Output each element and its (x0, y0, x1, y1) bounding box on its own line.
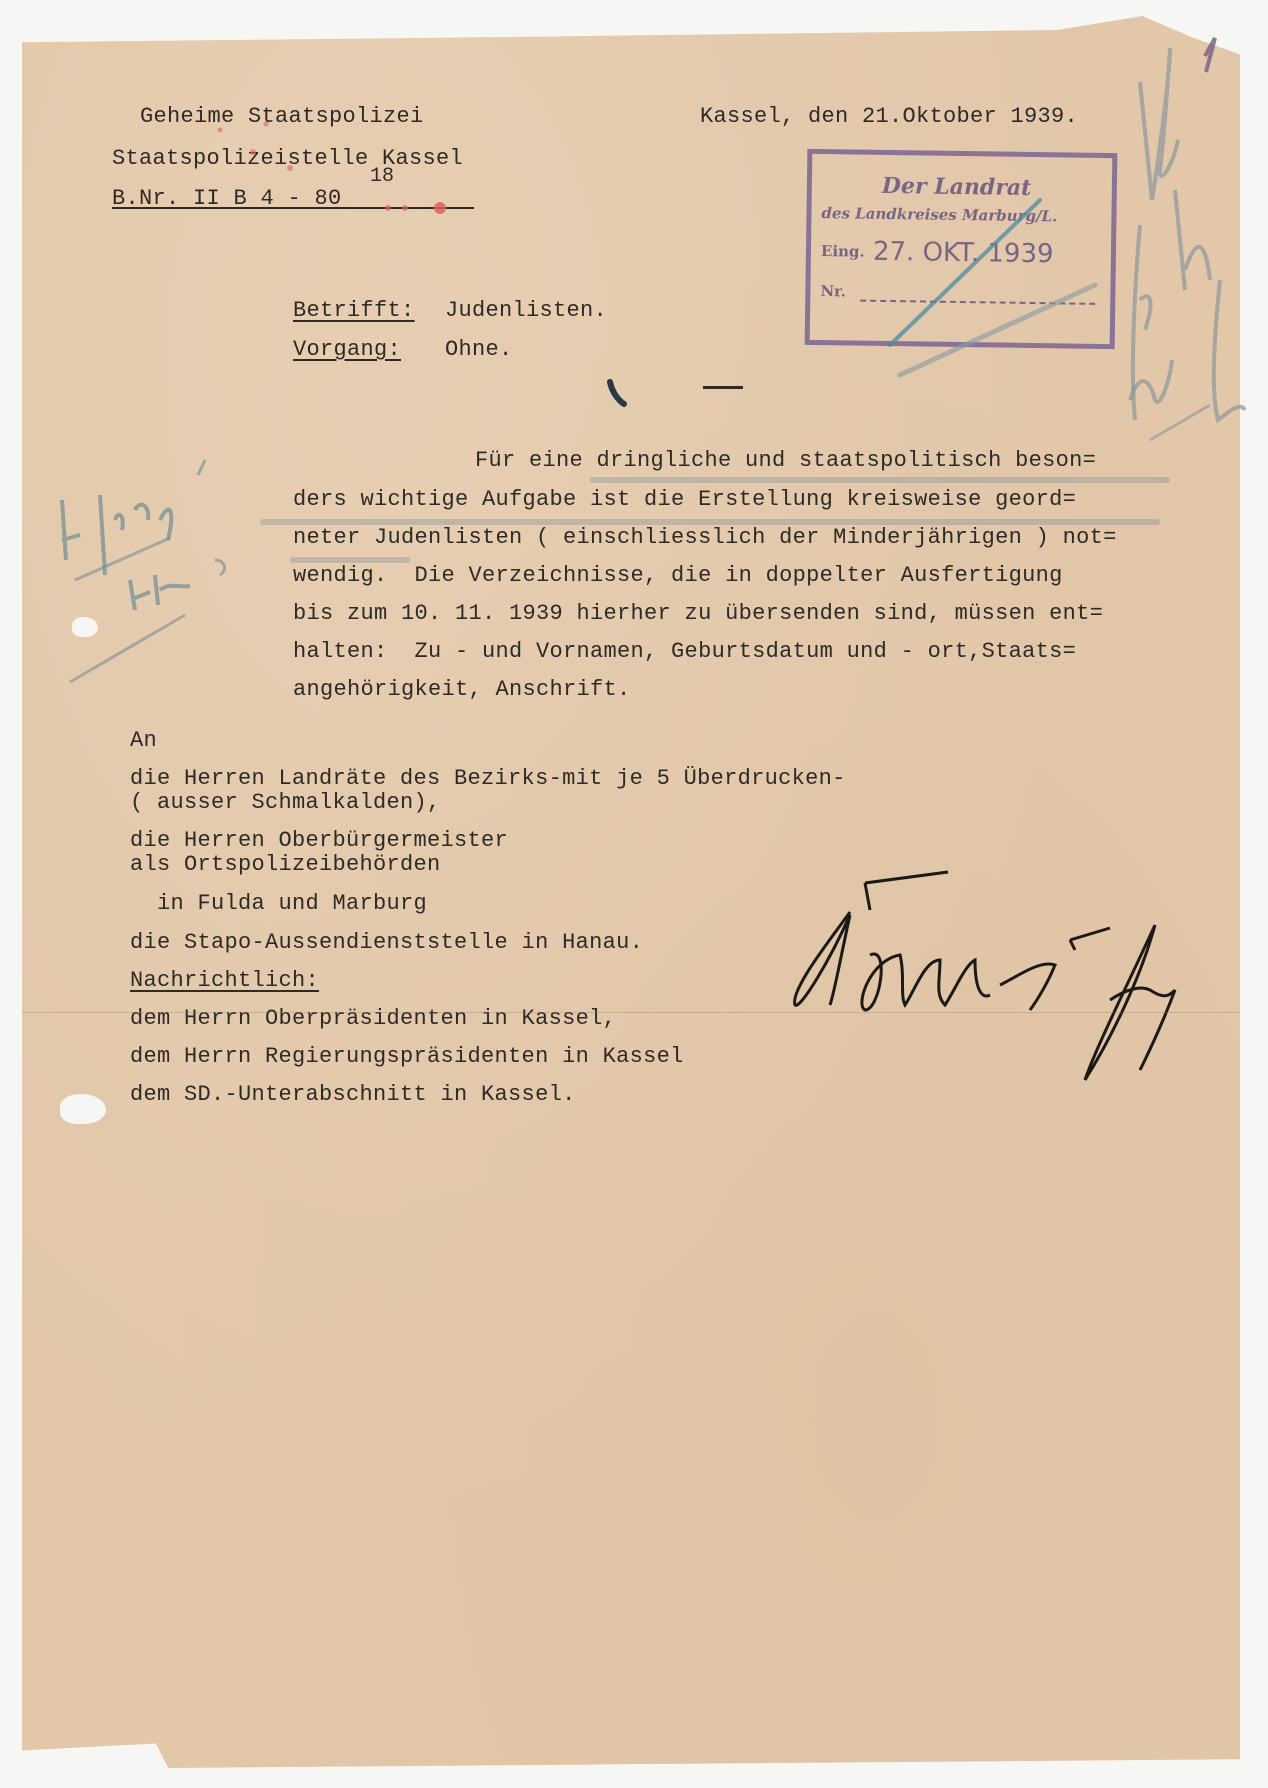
receipt-stamp: Der Landrat des Landkreises Marburg/L. E… (805, 149, 1118, 349)
recipient-line: in Fulda und Marburg (130, 893, 427, 915)
body-line: wendig. Die Verzeichnisse, die in doppel… (293, 565, 1063, 587)
stamp-received-label: Eing. (821, 242, 865, 261)
recipient-line: ( ausser Schmalkalden), (130, 792, 441, 814)
stamp-number-label: Nr. (820, 282, 846, 300)
punch-hole-top (72, 617, 98, 637)
reference-underline (112, 207, 474, 209)
pencil-highlight (590, 477, 1170, 483)
cc-line: dem SD.-Unterabschnitt in Kassel. (130, 1084, 576, 1106)
cc-line: dem Herrn Regierungspräsidenten in Kasse… (130, 1046, 684, 1068)
dateline: Kassel, den 21.Oktober 1939. (700, 106, 1078, 128)
separator-dash (703, 386, 743, 389)
stamp-received-date: 27. OKT. 1939 (873, 237, 1054, 270)
agency-name: Geheime Staatspolizei (140, 106, 424, 128)
recipient-line: die Herren Oberbürgermeister (130, 830, 508, 852)
betrifft-value: Judenlisten. (445, 300, 607, 322)
vorgang-label: Vorgang: (293, 339, 401, 361)
body-line: angehörigkeit, Anschrift. (293, 679, 631, 701)
body-line: bis zum 10. 11. 1939 hierher zu übersend… (293, 603, 1103, 625)
cc-label: Nachrichtlich: (130, 970, 319, 992)
signature-icon (0, 0, 1, 1)
reference-superscript: 18 (370, 165, 394, 188)
recipient-line: die Stapo-Aussendienststelle in Hanau. (130, 932, 643, 954)
body-line: halten: Zu - und Vornamen, Geburtsdatum … (293, 641, 1076, 663)
body-line: neter Judenlisten ( einschliesslich der … (293, 527, 1117, 549)
punch-hole-bottom (60, 1094, 106, 1124)
betrifft-label: Betrifft: (293, 300, 415, 322)
recipient-line: die Herren Landräte des Bezirks-mit je 5… (130, 768, 846, 790)
page-number: 1 (1198, 28, 1199, 29)
recipients-an-label: An (130, 730, 157, 752)
fold-crease (22, 1012, 1240, 1013)
body-line: ders wichtige Aufgabe ist die Erstellung… (293, 489, 1076, 511)
vorgang-value: Ohne. (445, 339, 513, 361)
body-line: Für eine dringliche und staatspolitisch … (475, 450, 1096, 472)
stamp-title: Der Landrat (882, 173, 1032, 201)
recipient-line: als Ortspolizeibehörden (130, 854, 441, 876)
